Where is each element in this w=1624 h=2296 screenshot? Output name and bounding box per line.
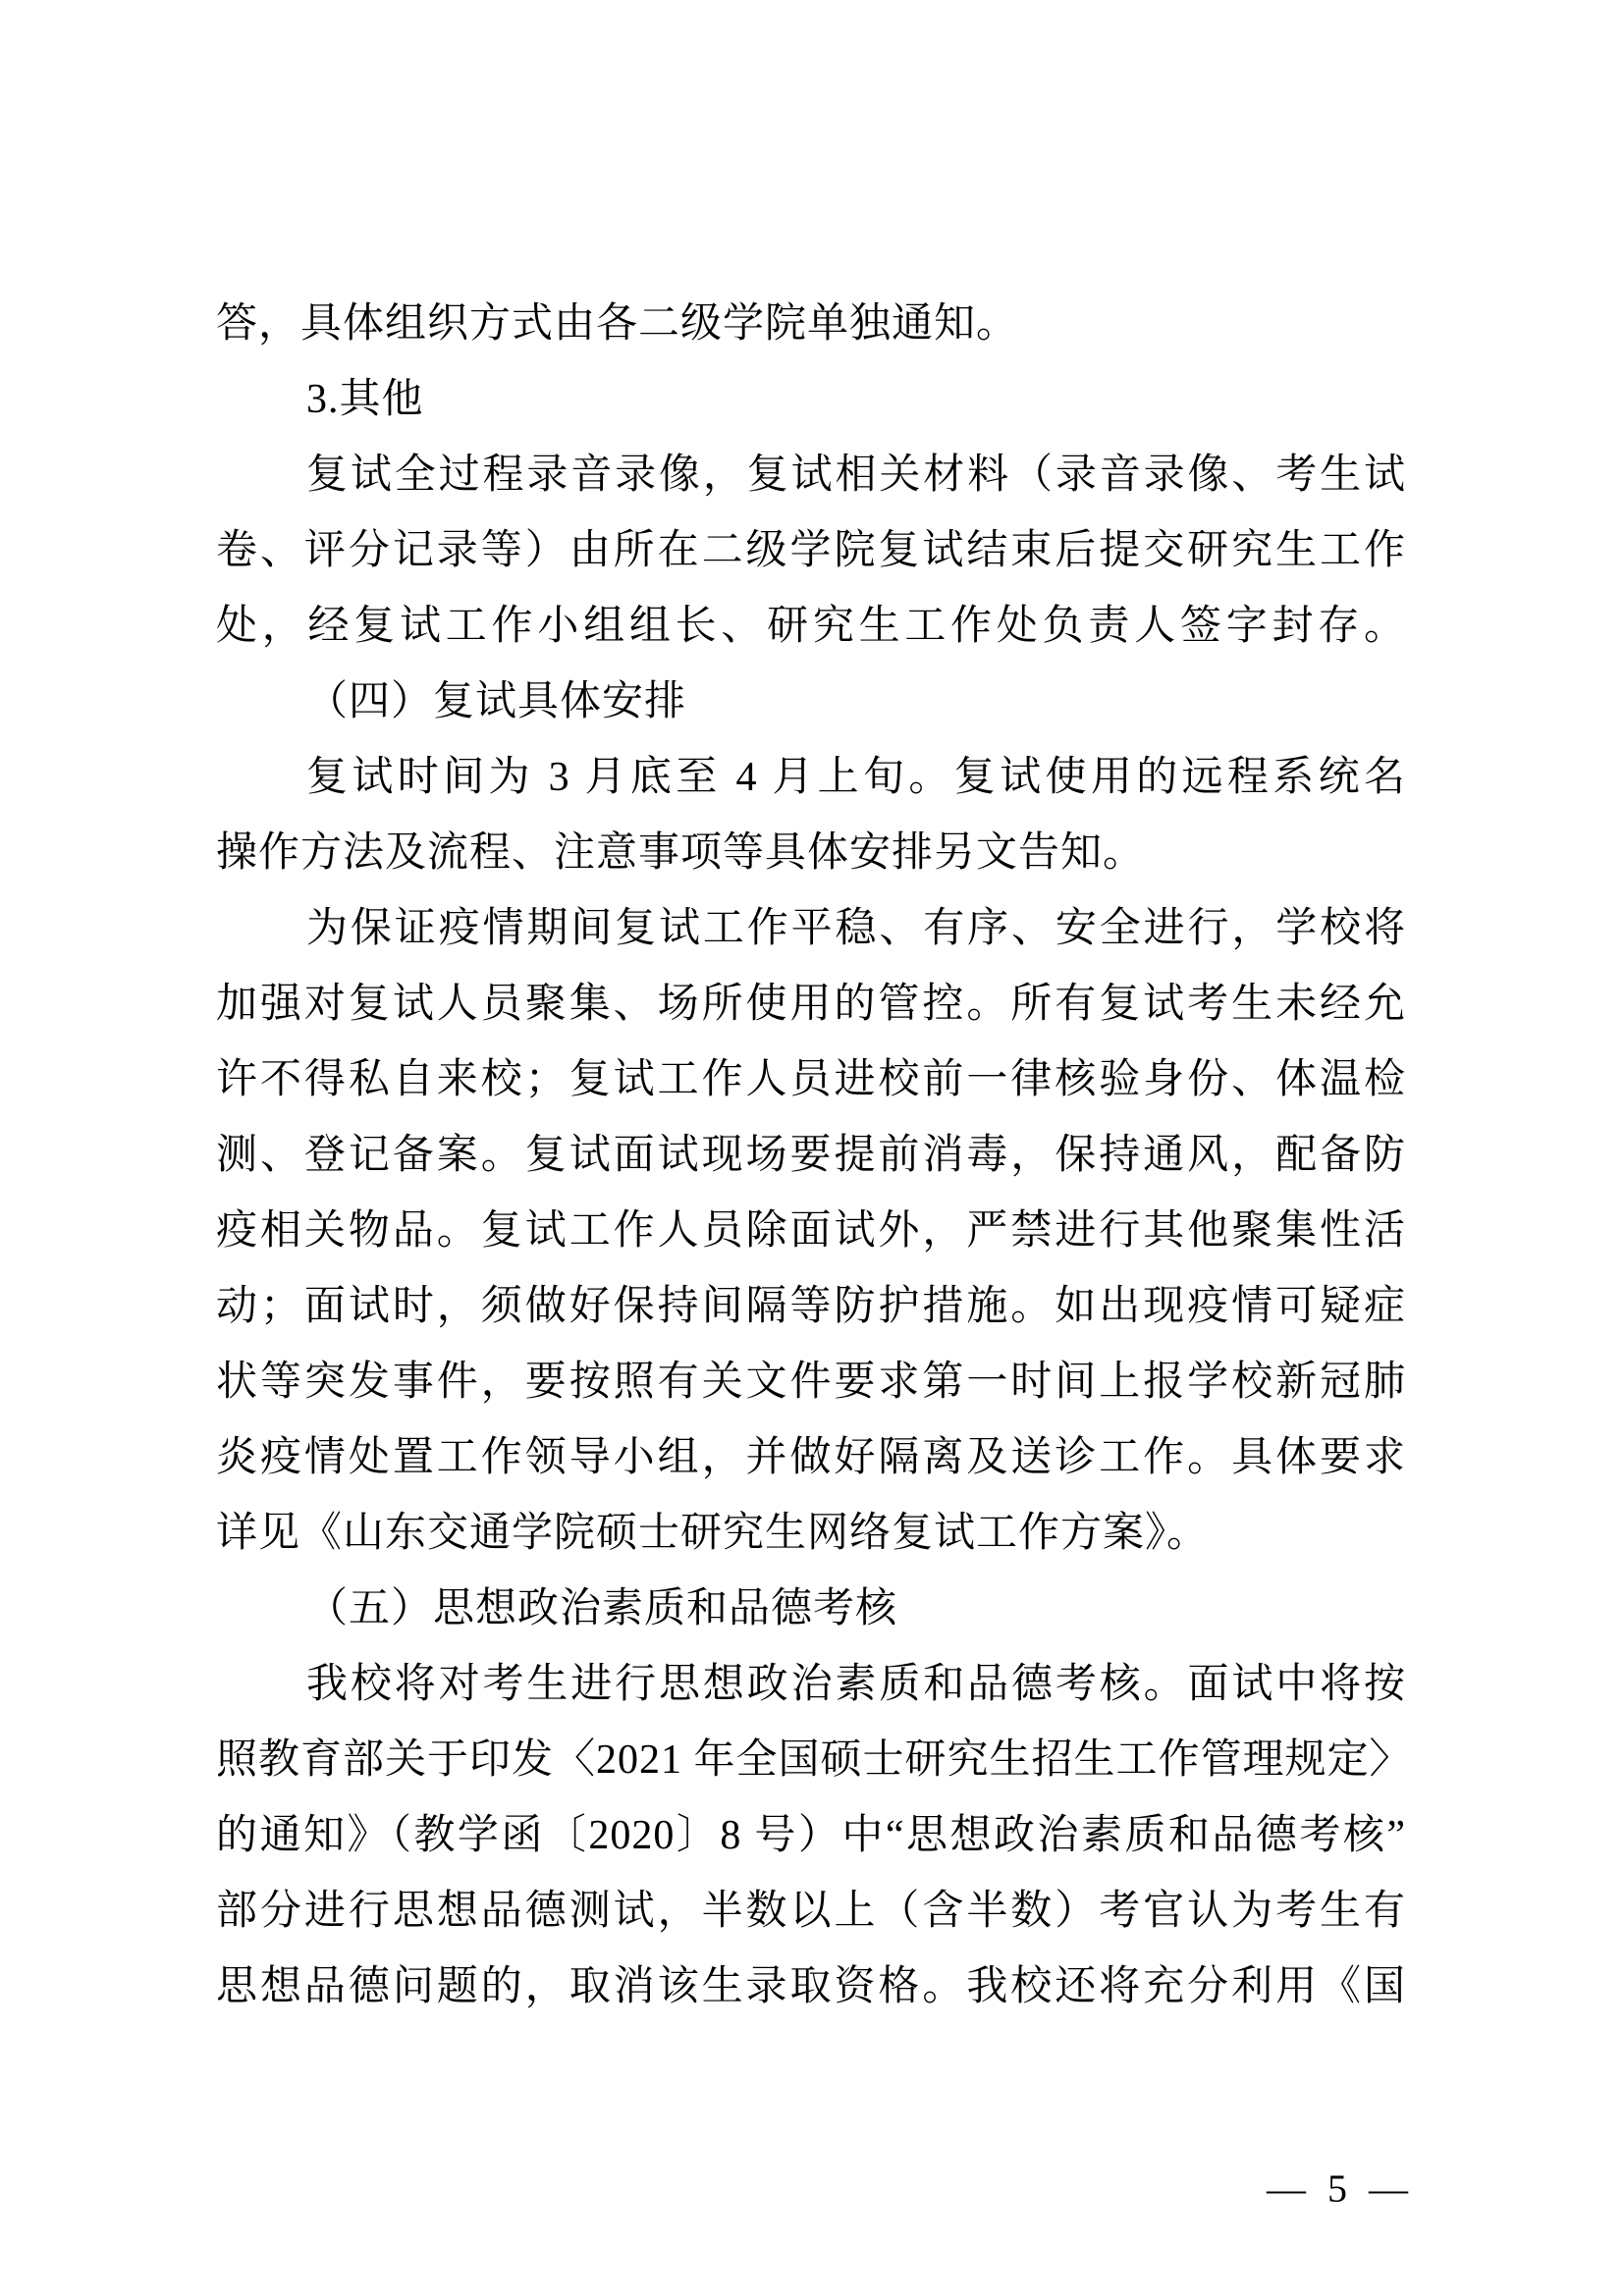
document-body: 答，具体组织方式由各二级学院单独通知。3.其他复试全过程录音录像，复试相关材料（… (216, 287, 1406, 2025)
text-line: 炎疫情处置工作领导小组，并做好隔离及送诊工作。具体要求 (216, 1420, 1406, 1496)
page-number: — 5 — (1267, 2164, 1414, 2214)
text-line: 许不得私自来校；复试工作人员进校前一律核验身份、体温检 (216, 1042, 1406, 1118)
text-line: 疫相关物品。复试工作人员除面试外，严禁进行其他聚集性活 (216, 1194, 1406, 1269)
text-line: 动；面试时，须做好保持间隔等防护措施。如出现疫情可疑症 (216, 1269, 1406, 1345)
text-line: 的通知》（教学函〔2020〕8 号）中“思想政治素质和品德考核” (216, 1798, 1406, 1874)
text-line: 测、登记备案。复试面试现场要提前消毒，保持通风，配备防 (216, 1118, 1406, 1194)
text-line: 卷、评分记录等）由所在二级学院复试结束后提交研究生工作 (216, 513, 1406, 589)
document-page: 答，具体组织方式由各二级学院单独通知。3.其他复试全过程录音录像，复试相关材料（… (0, 0, 1624, 2296)
text-line: 操作方法及流程、注意事项等具体安排另文告知。 (216, 816, 1406, 891)
text-line: 部分进行思想品德测试，半数以上（含半数）考官认为考生有 (216, 1874, 1406, 1949)
text-line: 状等突发事件，要按照有关文件要求第一时间上报学校新冠肺 (216, 1345, 1406, 1420)
text-line: 详见《山东交通学院硕士研究生网络复试工作方案》。 (216, 1496, 1406, 1572)
text-line: 复试全过程录音录像，复试相关材料（录音录像、考生试 (216, 438, 1406, 513)
text-line: 复试时间为 3 月底至 4 月上旬。复试使用的远程系统名称、 (216, 740, 1406, 816)
text-line: 答，具体组织方式由各二级学院单独通知。 (216, 287, 1406, 362)
text-line: 处，经复试工作小组组长、研究生工作处负责人签字封存。 (216, 589, 1406, 665)
text-line: 照教育部关于印发〈2021 年全国硕士研究生招生工作管理规定〉 (216, 1723, 1406, 1798)
text-line: 为保证疫情期间复试工作平稳、有序、安全进行，学校将 (216, 891, 1406, 967)
text-line: （四）复试具体安排 (216, 665, 1406, 740)
text-line: 我校将对考生进行思想政治素质和品德考核。面试中将按 (216, 1647, 1406, 1723)
text-line: 3.其他 (216, 362, 1406, 438)
text-line: （五）思想政治素质和品德考核 (216, 1572, 1406, 1647)
text-line: 思想品德问题的，取消该生录取资格。我校还将充分利用《国 (216, 1949, 1406, 2025)
text-line: 加强对复试人员聚集、场所使用的管控。所有复试考生未经允 (216, 967, 1406, 1042)
